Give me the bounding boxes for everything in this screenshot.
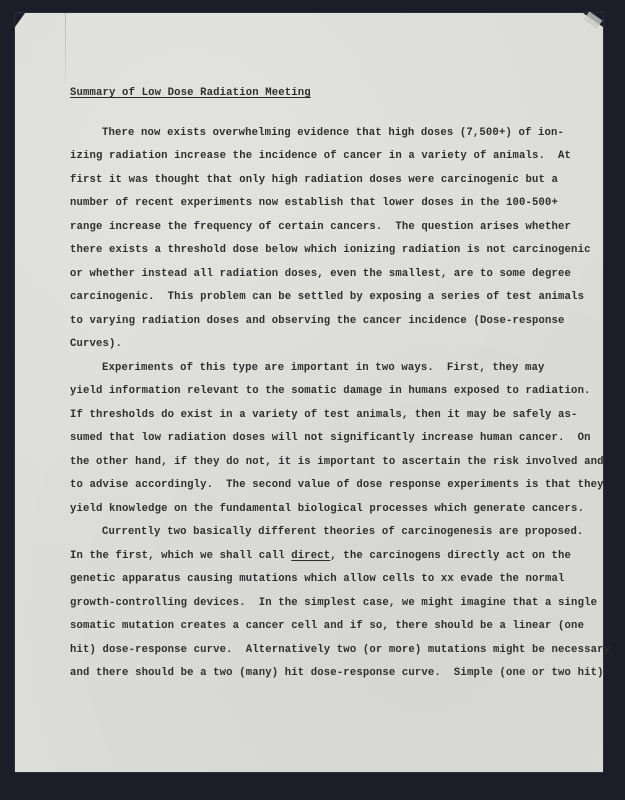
text-segment: , the carcinogens directly act on the bbox=[330, 550, 571, 562]
text-line: carcinogenic. This problem can be settle… bbox=[70, 286, 580, 310]
underlined-term: direct bbox=[291, 550, 330, 562]
text-line: somatic mutation creates a cancer cell a… bbox=[70, 615, 580, 639]
text-line: Experiments of this type are important i… bbox=[70, 357, 580, 381]
document-title: Summary of Low Dose Radiation Meeting bbox=[70, 82, 311, 106]
text-line: growth-controlling devices. In the simpl… bbox=[70, 592, 580, 616]
page-crease bbox=[65, 13, 66, 83]
text-line: Currently two basically different theori… bbox=[70, 521, 580, 545]
text-line: the other hand, if they do not, it is im… bbox=[70, 451, 580, 475]
text-line: Curves). bbox=[70, 333, 580, 357]
text-line-with-underline: In the first, which we shall call direct… bbox=[70, 545, 580, 569]
text-line: range increase the frequency of certain … bbox=[70, 216, 580, 240]
text-line: and there should be a two (many) hit dos… bbox=[70, 662, 580, 686]
paragraph-1: There now exists overwhelming evidence t… bbox=[70, 122, 580, 357]
text-line: to advise accordingly. The second value … bbox=[70, 474, 580, 498]
text-line: hit) dose-response curve. Alternatively … bbox=[70, 639, 580, 663]
text-line: number of recent experiments now establi… bbox=[70, 192, 580, 216]
text-line: sumed that low radiation doses will not … bbox=[70, 427, 580, 451]
text-line: to varying radiation doses and observing… bbox=[70, 310, 580, 334]
text-line: there exists a threshold dose below whic… bbox=[70, 239, 580, 263]
text-line: first it was thought that only high radi… bbox=[70, 169, 580, 193]
paragraph-3: Currently two basically different theori… bbox=[70, 521, 580, 686]
text-line: There now exists overwhelming evidence t… bbox=[70, 122, 580, 146]
text-line: genetic apparatus causing mutations whic… bbox=[70, 568, 580, 592]
typed-document: Summary of Low Dose Radiation Meeting Th… bbox=[70, 82, 580, 686]
text-segment: In the first, which we shall call bbox=[70, 550, 291, 562]
text-line: or whether instead all radiation doses, … bbox=[70, 263, 580, 287]
paragraph-2: Experiments of this type are important i… bbox=[70, 357, 580, 522]
text-line: yield information relevant to the somati… bbox=[70, 380, 580, 404]
text-line: If thresholds do exist in a variety of t… bbox=[70, 404, 580, 428]
page-corner-top-left bbox=[15, 13, 25, 27]
text-line: izing radiation increase the incidence o… bbox=[70, 145, 580, 169]
text-line: yield knowledge on the fundamental biolo… bbox=[70, 498, 580, 522]
